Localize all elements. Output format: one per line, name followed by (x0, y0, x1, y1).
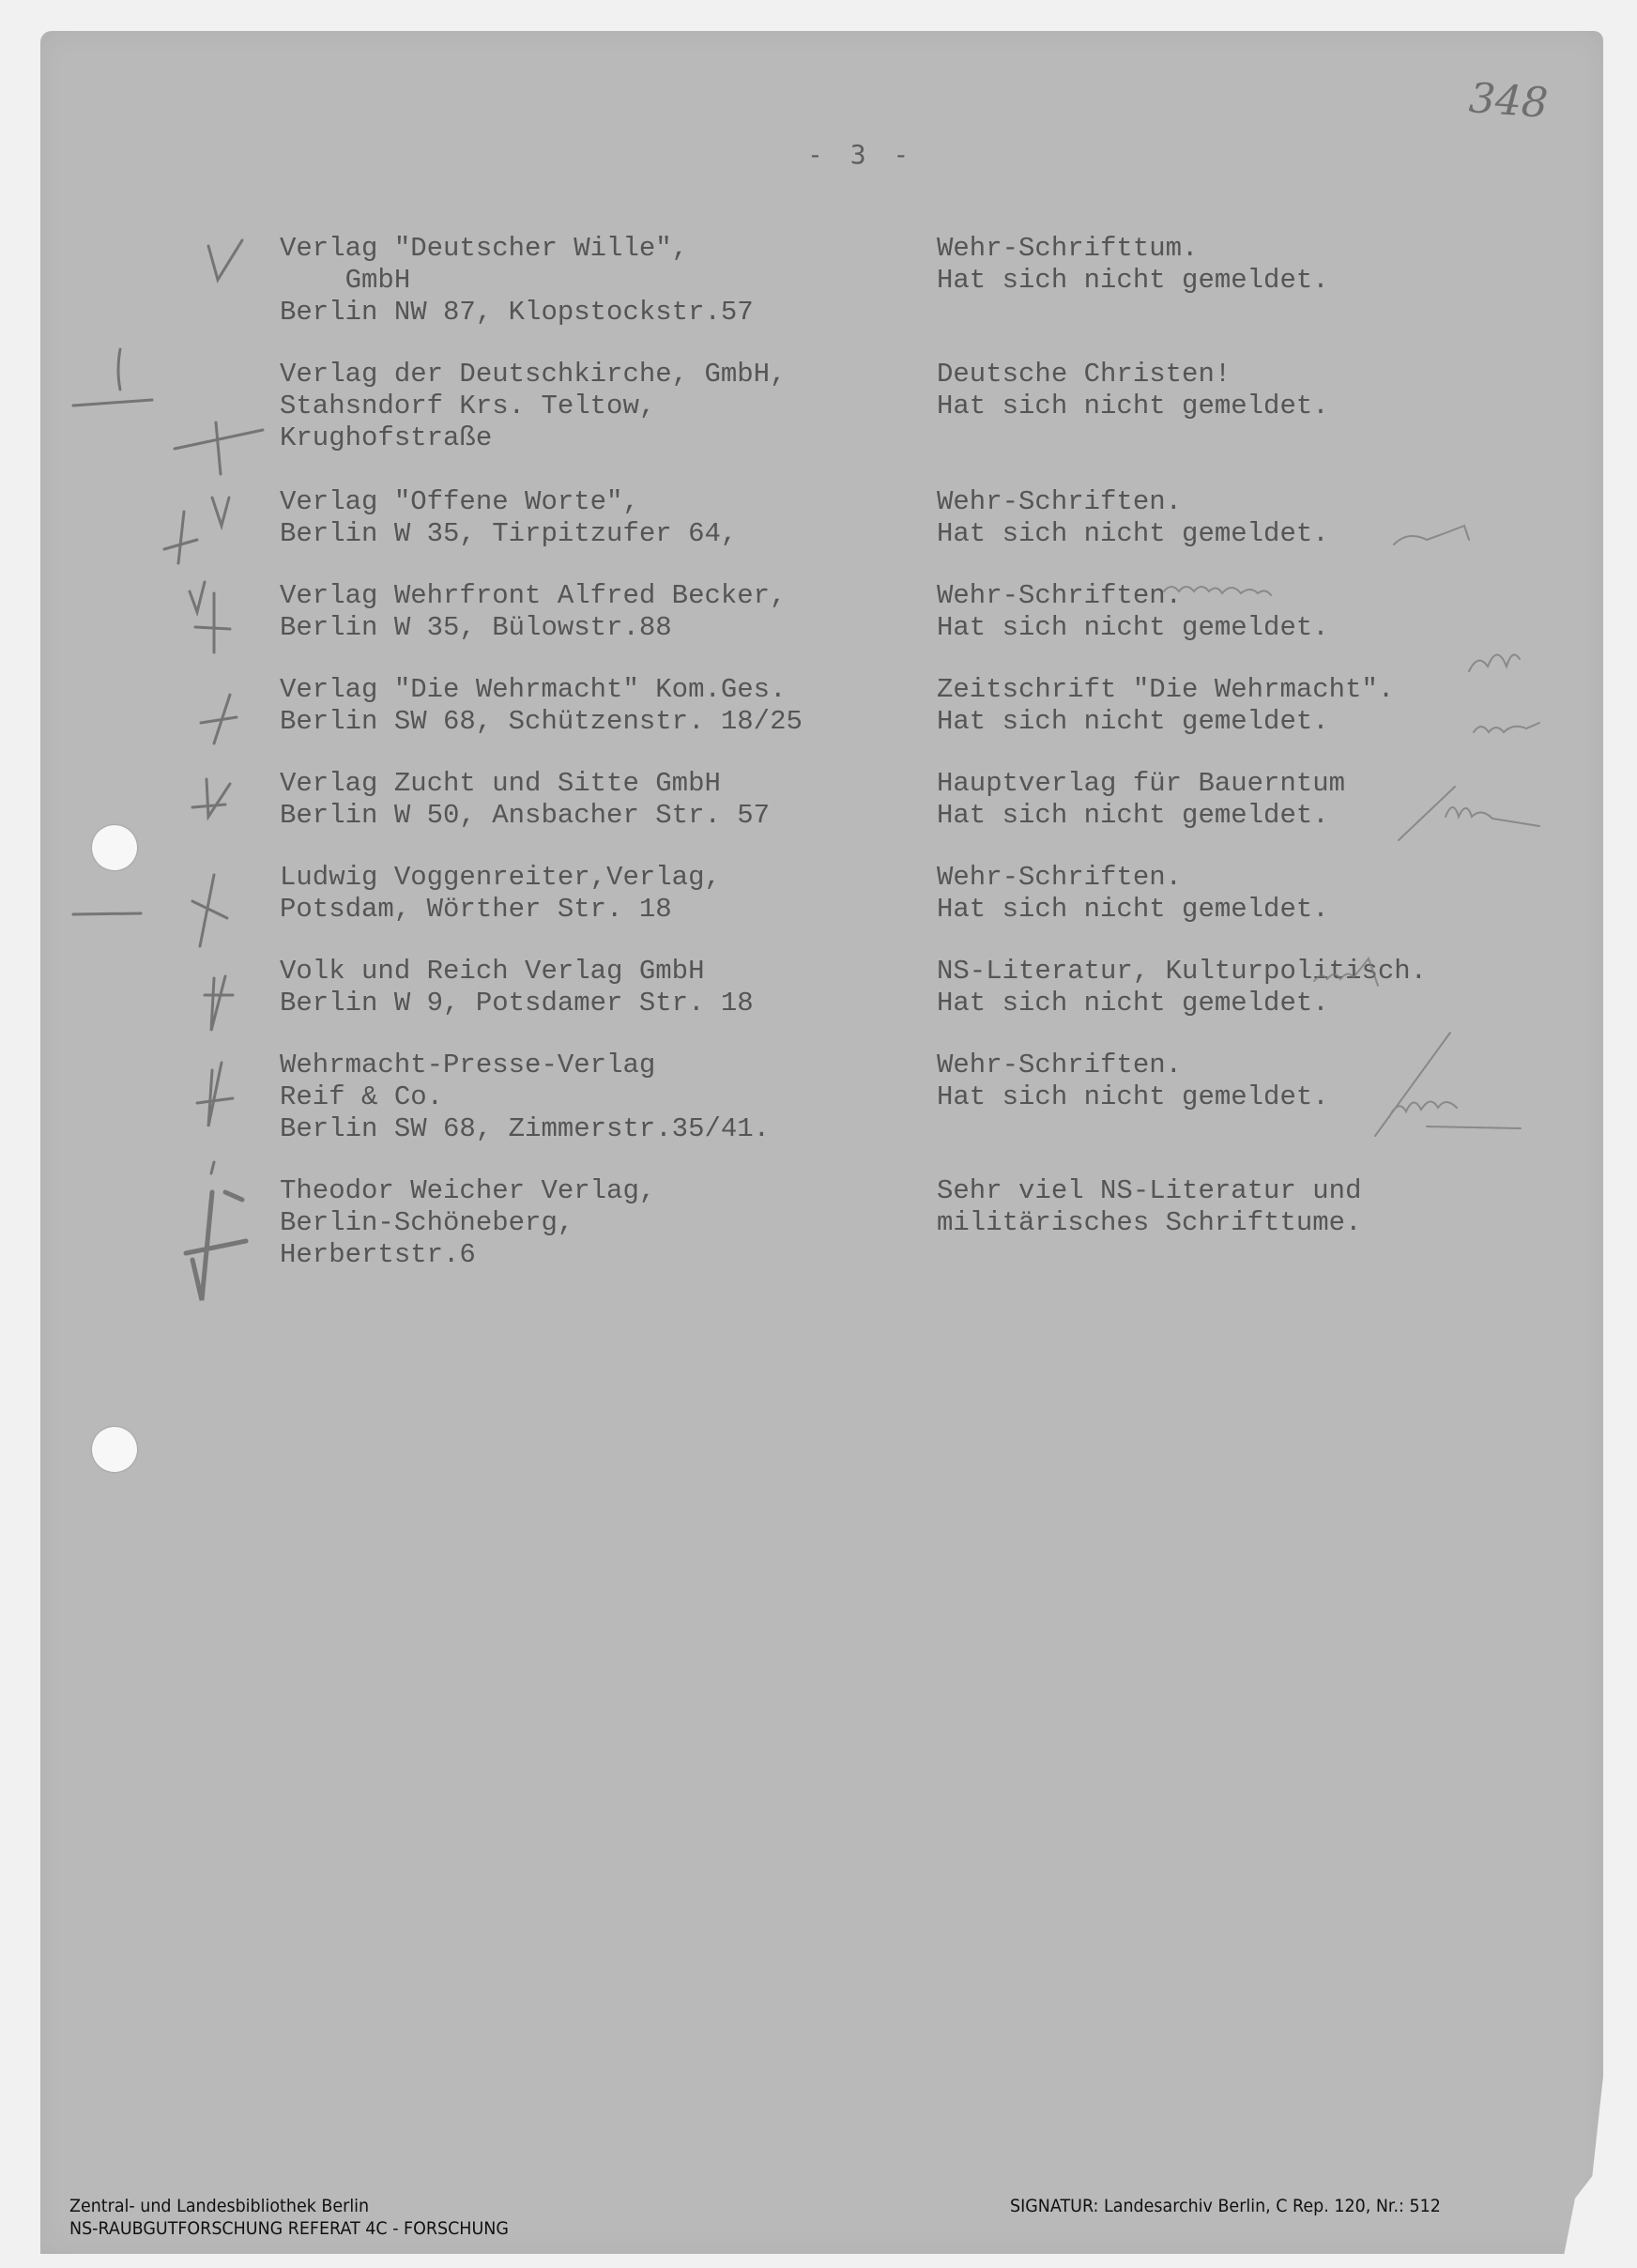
publisher-remark: Wehr-Schriften.Hat sich nicht gemeldet. (937, 862, 1329, 926)
publisher-remark: Wehr-Schriften.Hat sich nicht gemeldet. (937, 486, 1329, 550)
publisher-line: Verlag "Die Wehrmacht" Kom.Ges. (280, 674, 803, 706)
publisher-name-address: Volk und Reich Verlag GmbHBerlin W 9, Po… (280, 956, 754, 1019)
remark-line: Zeitschrift "Die Wehrmacht". (937, 674, 1394, 706)
publisher-line: Verlag Wehrfront Alfred Becker, (280, 580, 787, 612)
publisher-line: Ludwig Voggenreiter,Verlag, (280, 862, 721, 894)
publisher-remark: Sehr viel NS-Literatur undmilitärisches … (937, 1175, 1361, 1239)
remark-line: Wehr-Schriften. (937, 580, 1329, 612)
publisher-remark: Hauptverlag für BauerntumHat sich nicht … (937, 768, 1345, 832)
publisher-line: Berlin NW 87, Klopstockstr.57 (280, 297, 754, 329)
publisher-name-address: Wehrmacht-Presse-VerlagReif & Co.Berlin … (280, 1050, 770, 1145)
publisher-line: Berlin-Schöneberg, (280, 1207, 655, 1239)
publisher-remark: Wehr-Schriften.Hat sich nicht gemeldet. (937, 1050, 1329, 1113)
punch-hole (92, 825, 137, 870)
publisher-name-address: Theodor Weicher Verlag,Berlin-Schöneberg… (280, 1175, 655, 1271)
publisher-name-address: Verlag "Offene Worte",Berlin W 35, Tirpi… (280, 486, 737, 550)
footer-department: NS-RAUBGUTFORSCHUNG REFERAT 4C - FORSCHU… (69, 2217, 509, 2240)
publisher-remark: Deutsche Christen!Hat sich nicht gemelde… (937, 359, 1329, 422)
document-page (40, 31, 1603, 2254)
remark-line: Hat sich nicht gemeldet. (937, 1081, 1329, 1113)
remark-line: Hat sich nicht gemeldet. (937, 800, 1345, 832)
publisher-line: Volk und Reich Verlag GmbH (280, 956, 754, 988)
publisher-remark: NS-Literatur, Kulturpolitisch.Hat sich n… (937, 956, 1427, 1019)
publisher-line: Berlin W 50, Ansbacher Str. 57 (280, 800, 770, 832)
publisher-remark: Wehr-Schriften.Hat sich nicht gemeldet. (937, 580, 1329, 644)
publisher-line: Theodor Weicher Verlag, (280, 1175, 655, 1207)
publisher-line: Krughofstraße (280, 422, 787, 454)
remark-line: Hat sich nicht gemeldet. (937, 265, 1329, 297)
publisher-line: Verlag "Deutscher Wille", (280, 233, 754, 265)
publisher-line: Berlin SW 68, Schützenstr. 18/25 (280, 706, 803, 738)
remark-line: Wehr-Schriften. (937, 862, 1329, 894)
publisher-name-address: Verlag "Die Wehrmacht" Kom.Ges.Berlin SW… (280, 674, 803, 738)
remark-line: Deutsche Christen! (937, 359, 1329, 391)
publisher-line: Stahsndorf Krs. Teltow, (280, 391, 787, 422)
publisher-line: Verlag Zucht und Sitte GmbH (280, 768, 770, 800)
publisher-line: Berlin SW 68, Zimmerstr.35/41. (280, 1113, 770, 1145)
remark-line: Hat sich nicht gemeldet. (937, 612, 1329, 644)
publisher-line: Reif & Co. (280, 1081, 770, 1113)
publisher-name-address: Verlag Zucht und Sitte GmbHBerlin W 50, … (280, 768, 770, 832)
publisher-remark: Zeitschrift "Die Wehrmacht".Hat sich nic… (937, 674, 1394, 738)
remark-line: militärisches Schrifttume. (937, 1207, 1361, 1239)
publisher-line: GmbH (280, 265, 754, 297)
remark-line: Hat sich nicht gemeldet. (937, 988, 1427, 1019)
publisher-name-address: Verlag der Deutschkirche, GmbH,Stahsndor… (280, 359, 787, 454)
remark-line: Hat sich nicht gemeldet. (937, 518, 1329, 550)
publisher-line: Verlag "Offene Worte", (280, 486, 737, 518)
publisher-line: Potsdam, Wörther Str. 18 (280, 894, 721, 926)
publisher-name-address: Ludwig Voggenreiter,Verlag,Potsdam, Wört… (280, 862, 721, 926)
remark-line: Hat sich nicht gemeldet. (937, 706, 1394, 738)
footer-archive-signature: SIGNATUR: Landesarchiv Berlin, C Rep. 12… (1010, 2195, 1441, 2217)
remark-line: Sehr viel NS-Literatur und (937, 1175, 1361, 1207)
publisher-line: Berlin W 35, Bülowstr.88 (280, 612, 787, 644)
footer-signature: SIGNATUR: Landesarchiv Berlin, C Rep. 12… (1010, 2195, 1441, 2217)
remark-line: Wehr-Schrifttum. (937, 233, 1329, 265)
remark-line: Hat sich nicht gemeldet. (937, 894, 1329, 926)
remark-line: Hat sich nicht gemeldet. (937, 391, 1329, 422)
publisher-line: Herbertstr.6 (280, 1239, 655, 1271)
publisher-name-address: Verlag "Deutscher Wille", GmbHBerlin NW … (280, 233, 754, 329)
publisher-name-address: Verlag Wehrfront Alfred Becker,Berlin W … (280, 580, 787, 644)
folio-number-handwritten: 348 (1467, 74, 1549, 128)
page-number: - 3 - (807, 139, 914, 170)
remark-line: Wehr-Schriften. (937, 1050, 1329, 1081)
publisher-line: Wehrmacht-Presse-Verlag (280, 1050, 770, 1081)
footer-library-name: Zentral- und Landesbibliothek Berlin (69, 2195, 509, 2217)
footer-library: Zentral- und Landesbibliothek Berlin NS-… (69, 2195, 509, 2240)
remark-line: Wehr-Schriften. (937, 486, 1329, 518)
publisher-remark: Wehr-Schrifttum.Hat sich nicht gemeldet. (937, 233, 1329, 297)
publisher-line: Berlin W 35, Tirpitzufer 64, (280, 518, 737, 550)
remark-line: Hauptverlag für Bauerntum (937, 768, 1345, 800)
remark-line: NS-Literatur, Kulturpolitisch. (937, 956, 1427, 988)
publisher-line: Berlin W 9, Potsdamer Str. 18 (280, 988, 754, 1019)
publisher-line: Verlag der Deutschkirche, GmbH, (280, 359, 787, 391)
punch-hole (92, 1427, 137, 1472)
